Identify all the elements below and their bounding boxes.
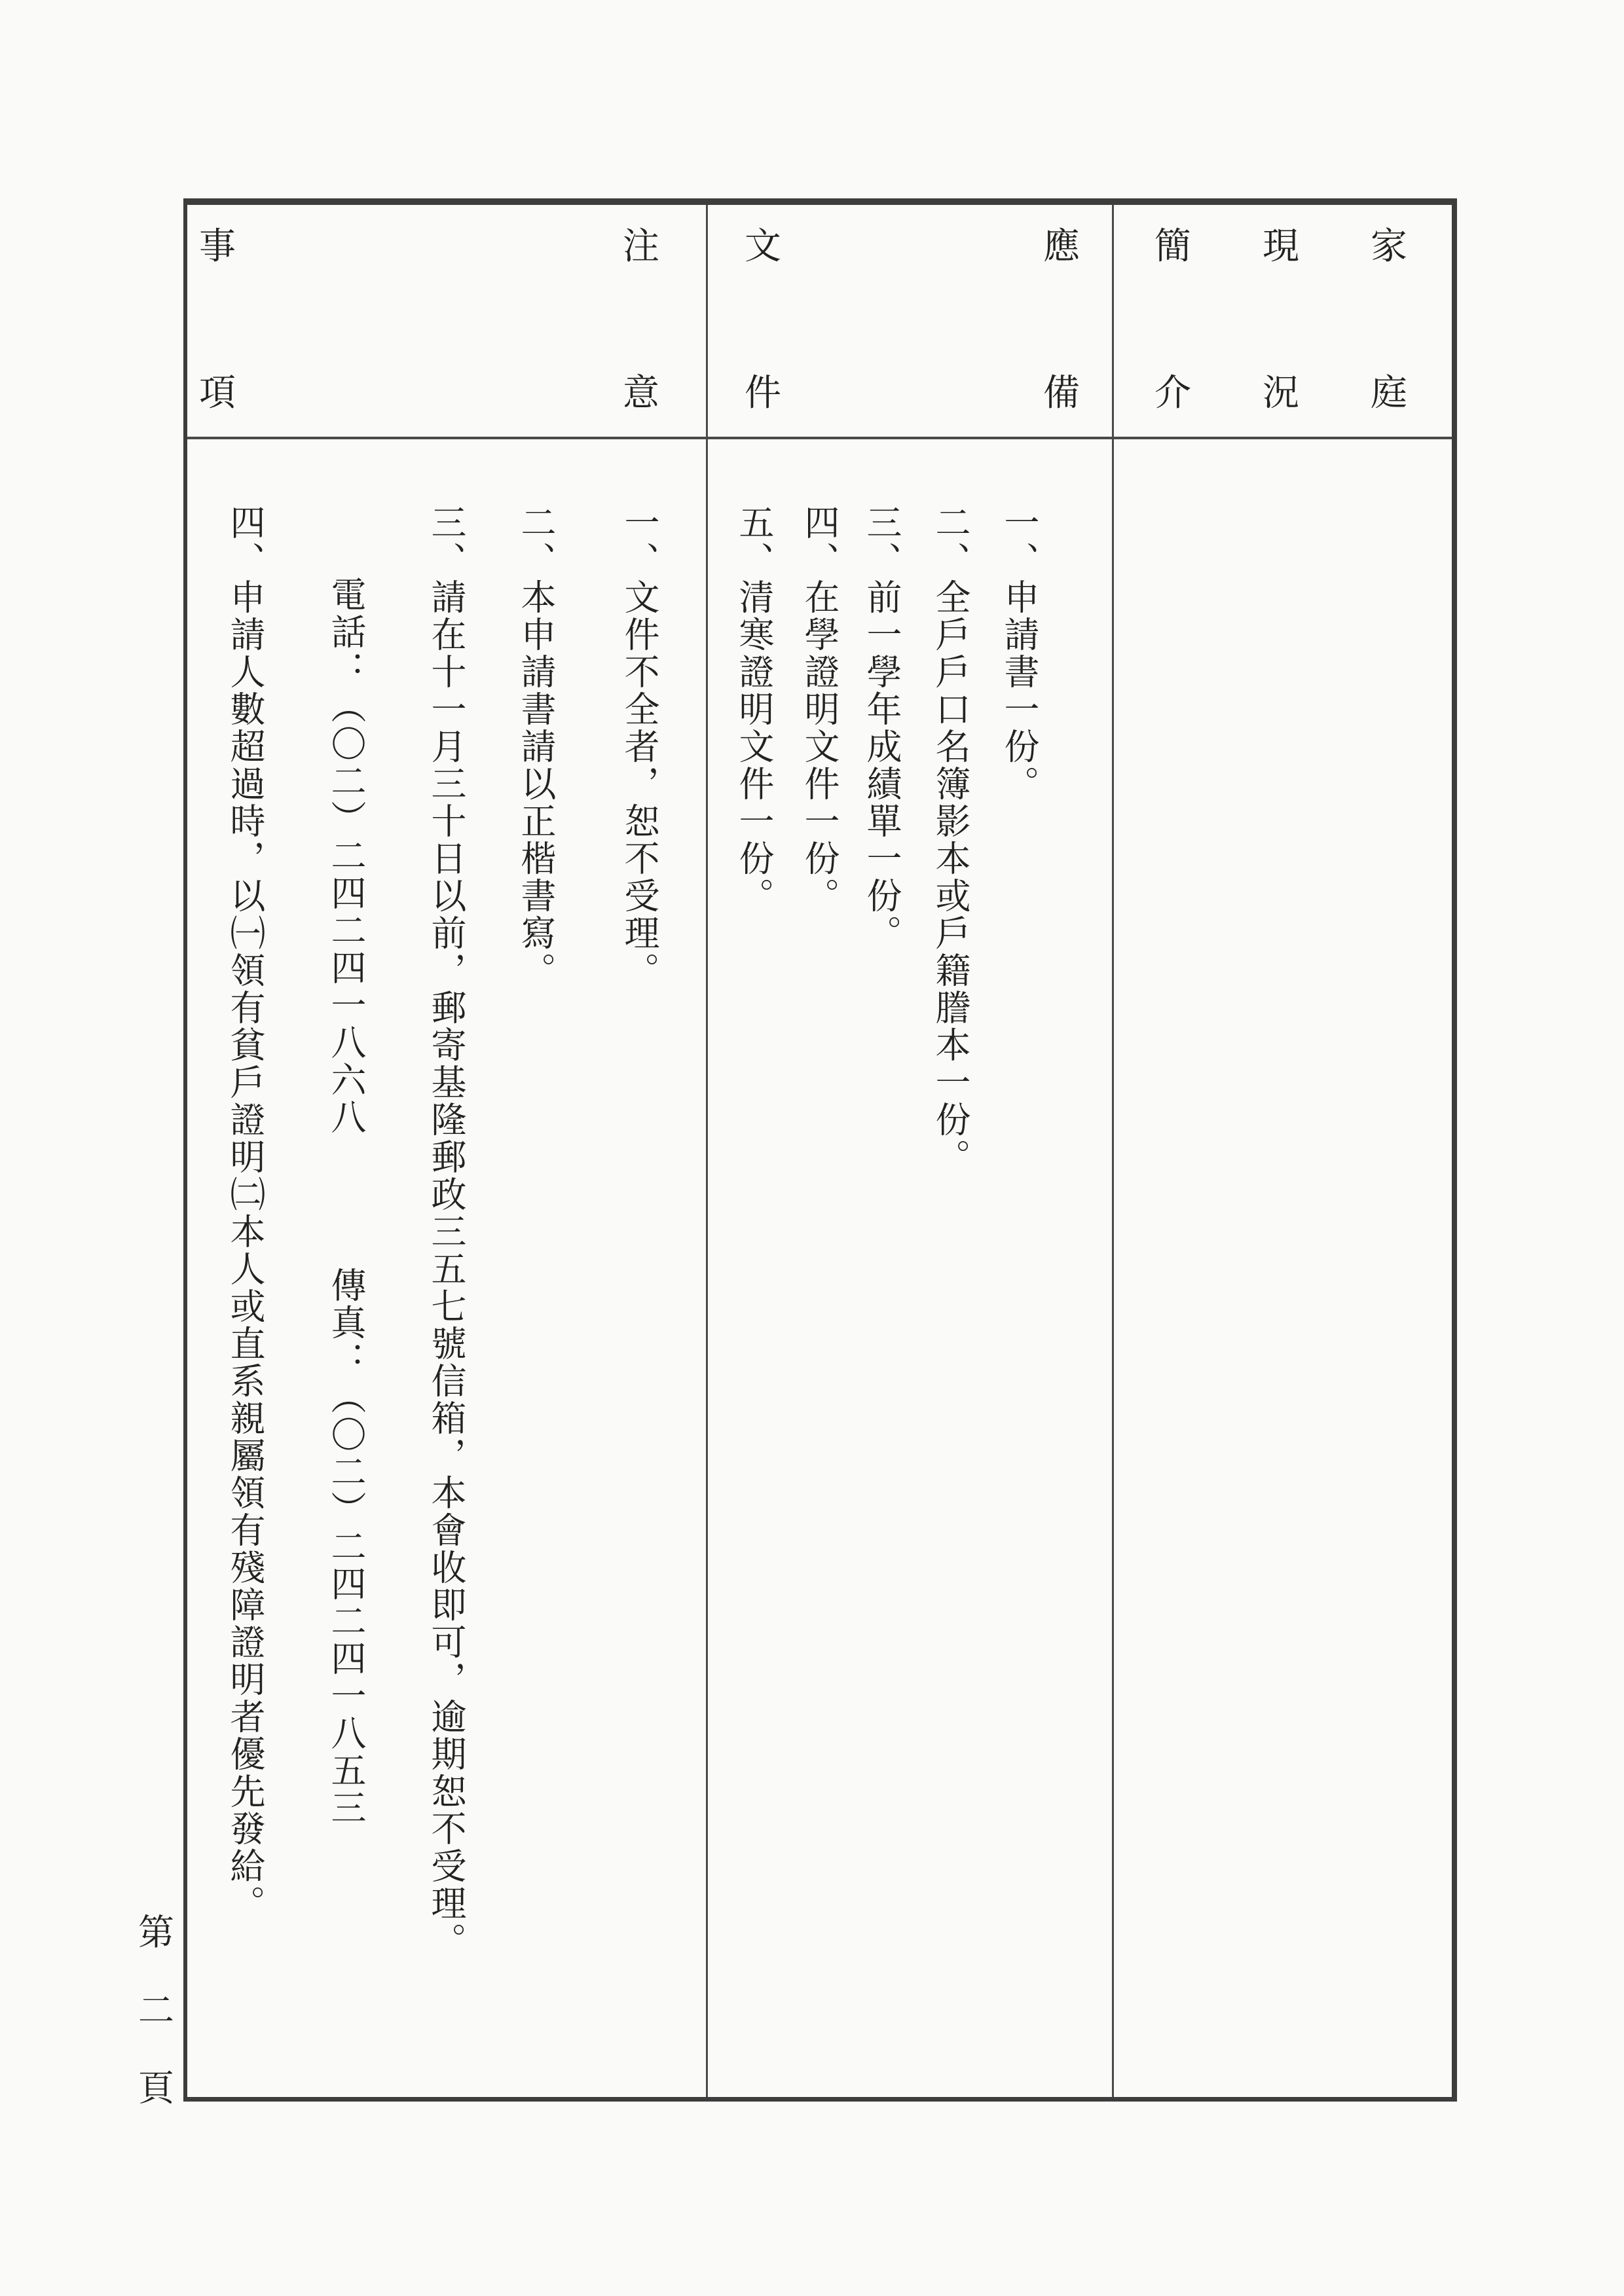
phone-number-text: 電話：（〇二）二四二四一八六八 (327, 576, 365, 1136)
notes-item-4: 四、申請人數超過時，以㈠領有貧戶證明㈡本人或直系親屬領有殘障證明者優先發給。 (226, 504, 264, 1922)
header-character: 項 (198, 374, 236, 412)
header-family-col-2: 現況 (1262, 228, 1300, 412)
documents-item-4: 四、在學證明文件一份。 (800, 504, 838, 915)
table-column-divider-notes-documents (706, 205, 708, 2097)
header-character: 注 (622, 228, 660, 266)
header-character: 簡 (1154, 228, 1192, 266)
header-character: 應 (1043, 228, 1080, 266)
header-character: 文 (744, 228, 782, 266)
header-family-col-3: 簡介 (1154, 228, 1192, 412)
header-character: 況 (1262, 374, 1300, 412)
fax-number-text: 傳真：（〇二）二四二四一八五三 (327, 1267, 365, 1827)
header-character: 備 (1043, 374, 1080, 412)
table-header-divider-line (187, 437, 1452, 439)
header-notes-col-1: 注意 (622, 228, 660, 412)
header-character: 現 (1262, 228, 1300, 266)
header-character: 庭 (1370, 374, 1408, 412)
documents-item-1: 一、申請書一份。 (1000, 504, 1038, 803)
notes-item-1: 一、文件不全者，恕不受理。 (620, 504, 658, 989)
documents-item-3: 三、前一學年成績單一份。 (862, 504, 900, 952)
header-documents-col-1: 應備 (1043, 228, 1080, 412)
header-character: 事 (198, 228, 236, 266)
notes-item-2: 二、本申請書請以正楷書寫。 (517, 504, 555, 989)
header-character: 件 (744, 374, 782, 412)
header-notes-col-2: 事項 (198, 228, 236, 412)
header-family-col-1: 家庭 (1370, 228, 1408, 412)
notes-item-3: 三、請在十一月三十日以前，郵寄基隆郵政三五七號信箱，本會收即可，逾期恕不受理。 (427, 504, 465, 1959)
header-documents-col-2: 文件 (744, 228, 782, 412)
page-number: 第二頁 (133, 1913, 172, 2147)
documents-item-2: 二、全戶戶口名簿影本或戶籍謄本一份。 (931, 504, 969, 1176)
family-status-empty-cell (1116, 504, 1450, 2075)
header-character: 介 (1154, 374, 1192, 412)
header-character: 家 (1370, 228, 1408, 266)
documents-item-5: 五、清寒證明文件一份。 (735, 504, 773, 915)
table-column-divider-documents-family (1112, 205, 1114, 2097)
scanned-document-page: { "page": { "footer_page_label": "第二頁" }… (0, 0, 1624, 2296)
header-character: 意 (622, 374, 660, 412)
